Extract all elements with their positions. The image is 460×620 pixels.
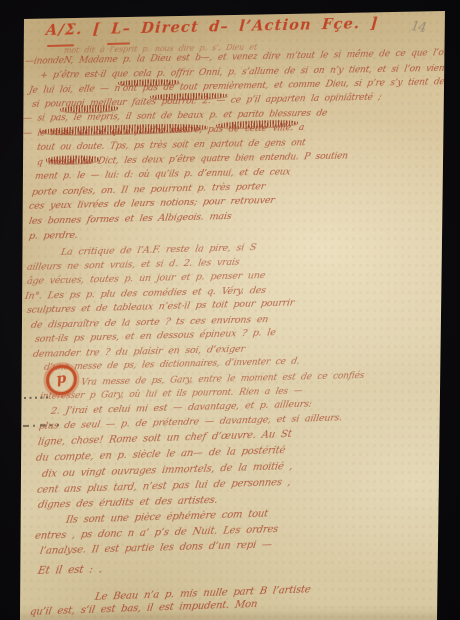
handwriting-line: du compte, en p. siècle le an— de la pos… [35, 445, 286, 464]
handwriting-line: La critique de l’A.F. reste la pire, si … [60, 242, 257, 258]
handwriting-line: demander tre ? du plaisir en soi, d’exig… [32, 344, 246, 360]
handwriting-line: l’analyse. Il est partie les dons d’un r… [39, 540, 272, 558]
handwriting-line: âge vécues, toutes p. un jour et p. pens… [26, 270, 266, 287]
handwriting-line: les bonnes formes et les Albigeois. mais [28, 211, 232, 227]
handwriting-line: ment p. le — lui: d: où qu’ils p. d’ennu… [34, 168, 291, 182]
handwriting-line: Vra messe de ps, Gary, entre le moment e… [80, 371, 365, 388]
handwriting-line: ces yeux livrées de leurs notions; pour … [28, 195, 275, 212]
stamp-glyph: p [56, 371, 68, 386]
manuscript-heading: A/Σ. [ L– Direct d– l’Action Fçe. ] [45, 15, 379, 39]
photo-background: A/Σ. [ L– Direct d– l’Action Fçe. ] 14 m… [0, 0, 460, 620]
handwriting-line: qu’il est, s’il est bas, il est impudent… [29, 599, 258, 618]
handwriting-line: d’une messe de ps, les dictionnaires, d’… [43, 357, 300, 373]
page-number: 14 [410, 19, 427, 36]
handwriting-line: Et il est : . [37, 564, 103, 577]
handwriting-line: dignes des érudits et des artistes. [37, 495, 218, 511]
handwriting-line: tout ou doute. Tps, ps très soit en part… [36, 138, 306, 153]
handwriting-line: p. perdre. [28, 230, 79, 242]
handwriting-line: cent ans plus tard, n’est pas lui de per… [36, 477, 291, 496]
manuscript-page: A/Σ. [ L– Direct d– l’Action Fçe. ] 14 m… [0, 0, 460, 620]
handwriting-line: Ils sont une pièce éphémère com tout [65, 509, 269, 526]
